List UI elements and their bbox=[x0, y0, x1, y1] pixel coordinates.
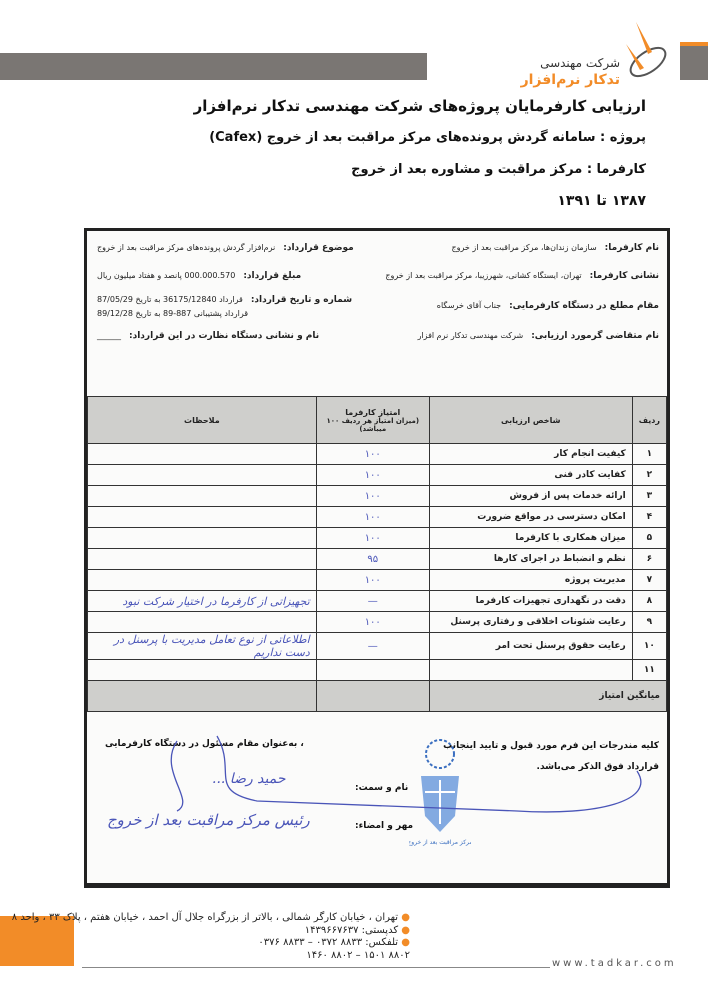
page-title: ارزیابی کارفرمایان پروژه‌های شرکت مهندسی… bbox=[194, 97, 646, 115]
field-contract-number: شماره و تاریخ قرارداد:قرارداد 36175/1284… bbox=[97, 295, 352, 305]
table-row: ۳ارائه خدمات پس از فروش۱۰۰ bbox=[88, 486, 667, 507]
bullet-icon: ● bbox=[401, 937, 410, 948]
table-row: ۷مدیریت پروژه۱۰۰ bbox=[88, 570, 667, 591]
field-client-address: نشانی کارفرما:تهران، ایستگاه کشانی، شهرز… bbox=[385, 271, 659, 281]
field-contract-support: قرارداد پشتیبانی 887-89 به تاریخ 89/12/2… bbox=[97, 309, 248, 318]
footer-contact: ● تهران ، خیابان کارگر شمالی ، بالاتر از… bbox=[12, 912, 410, 962]
table-row: ۱۱ bbox=[88, 660, 667, 681]
client-line: کارفرما : مرکز مراقبت و مشاوره بعد از خر… bbox=[351, 162, 646, 177]
field-contract-amount: مبلغ قرارداد:000.000.570 پانصد و هفتاد م… bbox=[97, 271, 301, 281]
footer-tel2: ۸۸۰۲ ۱۵۰۱ – ۸۸۰۲ ۱۴۶۰ bbox=[306, 950, 410, 961]
footer-divider bbox=[82, 967, 550, 968]
table-row: ۵میزان همکاری با کارفرما۱۰۰ bbox=[88, 528, 667, 549]
company-logo: شرکت مهندسی تدکار نرم‌افزار bbox=[500, 18, 670, 80]
table-row: ۶نظم و انضباط در اجرای کارها۹۵ bbox=[88, 549, 667, 570]
table-row: ۱۰رعایت حقوق پرسنل تحت امر—اطلاعاتی از ن… bbox=[88, 633, 667, 660]
logo-mark-icon bbox=[622, 18, 670, 80]
table-header-row: ردیف شاخص ارزیابی امتیاز کارفرما(میزان ا… bbox=[88, 397, 667, 444]
header-gray-band bbox=[0, 53, 427, 80]
logo-company-type: شرکت مهندسی bbox=[540, 56, 620, 70]
average-label: میانگین امتیاز bbox=[429, 681, 666, 712]
footer-postal-code: ۱۴۳۹۶۶۷۶۳۷ bbox=[305, 925, 359, 936]
average-row: میانگین امتیاز bbox=[88, 681, 667, 712]
field-client-name: نام کارفرما:سازمان زندان‌ها، مرکز مراقبت… bbox=[451, 243, 659, 253]
footer-address: تهران ، خیابان کارگر شمالی ، بالاتر از ب… bbox=[12, 912, 398, 923]
average-score bbox=[316, 681, 429, 712]
header-criterion: شاخص ارزیابی bbox=[429, 397, 632, 444]
signature-label: مهر و امضاء: bbox=[355, 821, 413, 831]
table-row: ۲کفایت کادر فنی۱۰۰ bbox=[88, 465, 667, 486]
field-contract-subject: موضوع قرارداد:نرم‌افزار گردش پرونده‌های … bbox=[97, 243, 354, 253]
field-informed-official: مقام مطلع در دستگاه کارفرمایی:جناب آقای … bbox=[437, 301, 659, 311]
table-row: ۴امکان دسترسی در مواقع ضرورت۱۰۰ bbox=[88, 507, 667, 528]
field-supervisor: نام و نشانی دستگاه نظارت در این قرارداد:… bbox=[97, 331, 319, 341]
header-accent-band bbox=[680, 42, 708, 80]
project-line: پروژه : سامانه گردش پرونده‌های مرکز مراق… bbox=[209, 130, 646, 145]
svg-text:مرکز مراقبت بعد از خروج: مرکز مراقبت بعد از خروج bbox=[409, 839, 471, 846]
average-remark bbox=[88, 681, 317, 712]
evaluation-form-scan: نام کارفرما:سازمان زندان‌ها، مرکز مراقبت… bbox=[84, 228, 670, 888]
bullet-icon: ● bbox=[401, 925, 410, 936]
website-link[interactable]: www.tadkar.com bbox=[552, 958, 677, 969]
footer-tel1: ۸۸۳۳ ۰۳۷۲ – ۸۸۳۳ ۰۳۷۶ bbox=[258, 937, 362, 948]
logo-company-name: تدکار نرم‌افزار bbox=[521, 72, 620, 88]
table-row: ۱کیفیت انجام کار۱۰۰ bbox=[88, 444, 667, 465]
signature-stroke-icon bbox=[117, 731, 677, 821]
years-line: ۱۳۸۷ تا ۱۳۹۱ bbox=[557, 193, 646, 209]
evaluation-table: ردیف شاخص ارزیابی امتیاز کارفرما(میزان ا… bbox=[87, 396, 667, 712]
table-row: ۸دقت در نگهداری تجهیزات کارفرما—تجهیزاتی… bbox=[88, 591, 667, 612]
header-num: ردیف bbox=[632, 397, 666, 444]
bullet-icon: ● bbox=[401, 912, 410, 923]
table-row: ۹رعایت شئونات اخلاقی و رفتاری پرسنل۱۰۰ bbox=[88, 612, 667, 633]
header-remarks: ملاحظات bbox=[88, 397, 317, 444]
header-score: امتیاز کارفرما(میزان امتیاز هر ردیف ۱۰۰ … bbox=[316, 397, 429, 444]
field-applicant: نام متقاضی گرمورد ارزیابی:شرکت مهندسی تد… bbox=[418, 331, 659, 341]
